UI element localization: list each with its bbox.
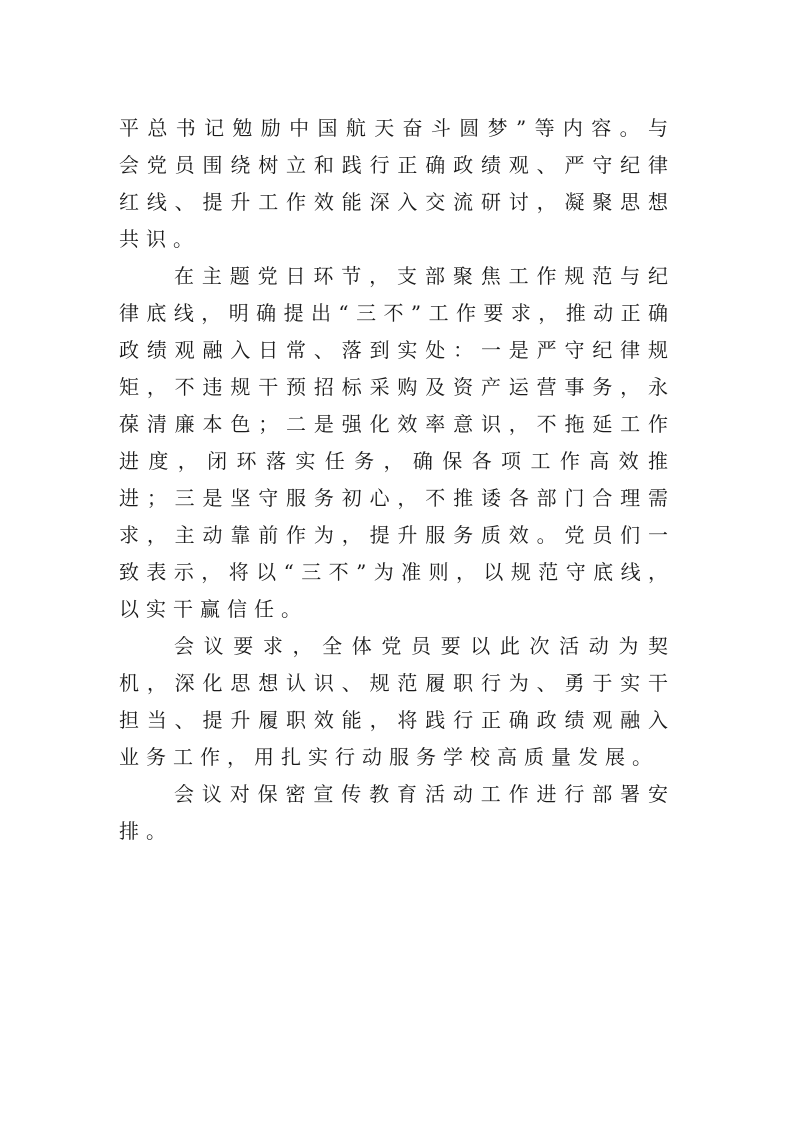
paragraph-continuation: 平总书记勉励中国航天奋斗圆梦”等内容。与会党员围绕树立和践行正确政绩观、严守纪律… bbox=[119, 110, 675, 258]
document-page: 平总书记勉励中国航天奋斗圆梦”等内容。与会党员围绕树立和践行正确政绩观、严守纪律… bbox=[119, 110, 675, 850]
paragraph-confidentiality-arrangement: 会议对保密宣传教育活动工作进行部署安排。 bbox=[119, 776, 675, 850]
paragraph-meeting-requirements: 会议要求，全体党员要以此次活动为契机，深化思想认识、规范履职行为、勇于实干担当、… bbox=[119, 628, 675, 776]
paragraph-three-no-requirements: 在主题党日环节，支部聚焦工作规范与纪律底线，明确提出“三不”工作要求，推动正确政… bbox=[119, 258, 675, 628]
